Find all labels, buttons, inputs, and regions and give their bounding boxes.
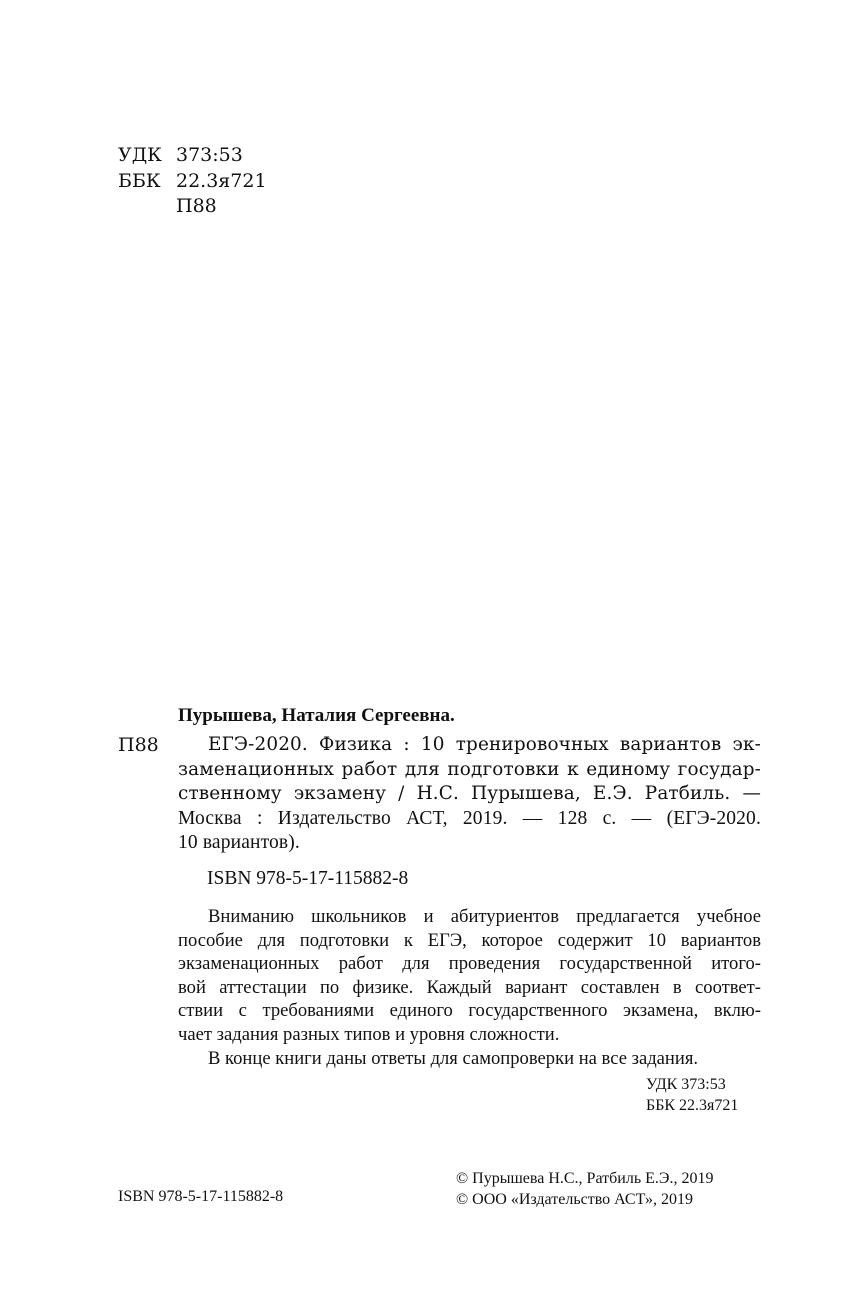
annotation-line: В конце книги даны ответы для самопровер… [178, 1047, 761, 1071]
copyright-block: © Пурышева Н.С., Ратбиль Е.Э., 2019 © ОО… [456, 1168, 713, 1210]
annotation-line: чает задания разных типов и уровня сложн… [178, 1023, 761, 1047]
bbk-label: ББК [118, 169, 176, 195]
copyright-authors: © Пурышева Н.С., Ратбиль Е.Э., 2019 [456, 1168, 713, 1189]
footer-isbn: ISBN 978-5-17-115882-8 [118, 1188, 283, 1206]
catalog-description-line: Москва : Издательство АСТ, 2019. — 128 с… [178, 807, 761, 832]
right-bbk: ББК 22.3я721 [646, 1096, 738, 1117]
author-mark: П88 [176, 194, 217, 220]
bbk-row: ББК 22.3я721 [118, 169, 267, 195]
annotation-line: Вниманию школьников и абитуриентов предл… [178, 905, 761, 929]
annotation-line: экзаменационных работ для проведения гос… [178, 952, 761, 976]
annotation-paragraph: Вниманию школьников и абитуриентов предл… [178, 905, 761, 1070]
annotation-line: ствии с требованиями единого государстве… [178, 999, 761, 1023]
copyright-publisher: © ООО «Издательство АСТ», 2019 [456, 1189, 713, 1210]
udk-label: УДК [118, 143, 176, 169]
catalog-description-line: заменационных работ для подготовки к еди… [178, 758, 761, 783]
right-classification-block: УДК 373:53 ББК 22.3я721 [646, 1075, 738, 1116]
annotation-line: пособие для подготовки к ЕГЭ, которое со… [178, 929, 761, 953]
bbk-value: 22.3я721 [176, 169, 267, 195]
udk-value: 373:53 [176, 143, 243, 169]
catalog-description-line: ственному экзамену / Н.С. Пурышева, Е.Э.… [178, 782, 761, 807]
catalog-author-mark: П88 [118, 734, 159, 756]
udk-row: УДК 373:53 [118, 143, 267, 169]
right-udk: УДК 373:53 [646, 1075, 738, 1096]
catalog-description-line: 10 вариантов). [178, 831, 761, 856]
author-mark-spacer [118, 194, 176, 220]
catalog-description: ЕГЭ-2020. Физика : 10 тренировочных вари… [178, 733, 761, 856]
top-classification-block: УДК 373:53 ББК 22.3я721 П88 [118, 143, 267, 220]
catalog-author: Пурышева, Наталия Сергеевна. [178, 705, 455, 727]
catalog-description-line: ЕГЭ-2020. Физика : 10 тренировочных вари… [178, 733, 761, 758]
catalog-isbn: ISBN 978-5-17-115882-8 [207, 868, 408, 890]
author-mark-row: П88 [118, 194, 267, 220]
annotation-line: вой аттестации по физике. Каждый вариант… [178, 976, 761, 1000]
